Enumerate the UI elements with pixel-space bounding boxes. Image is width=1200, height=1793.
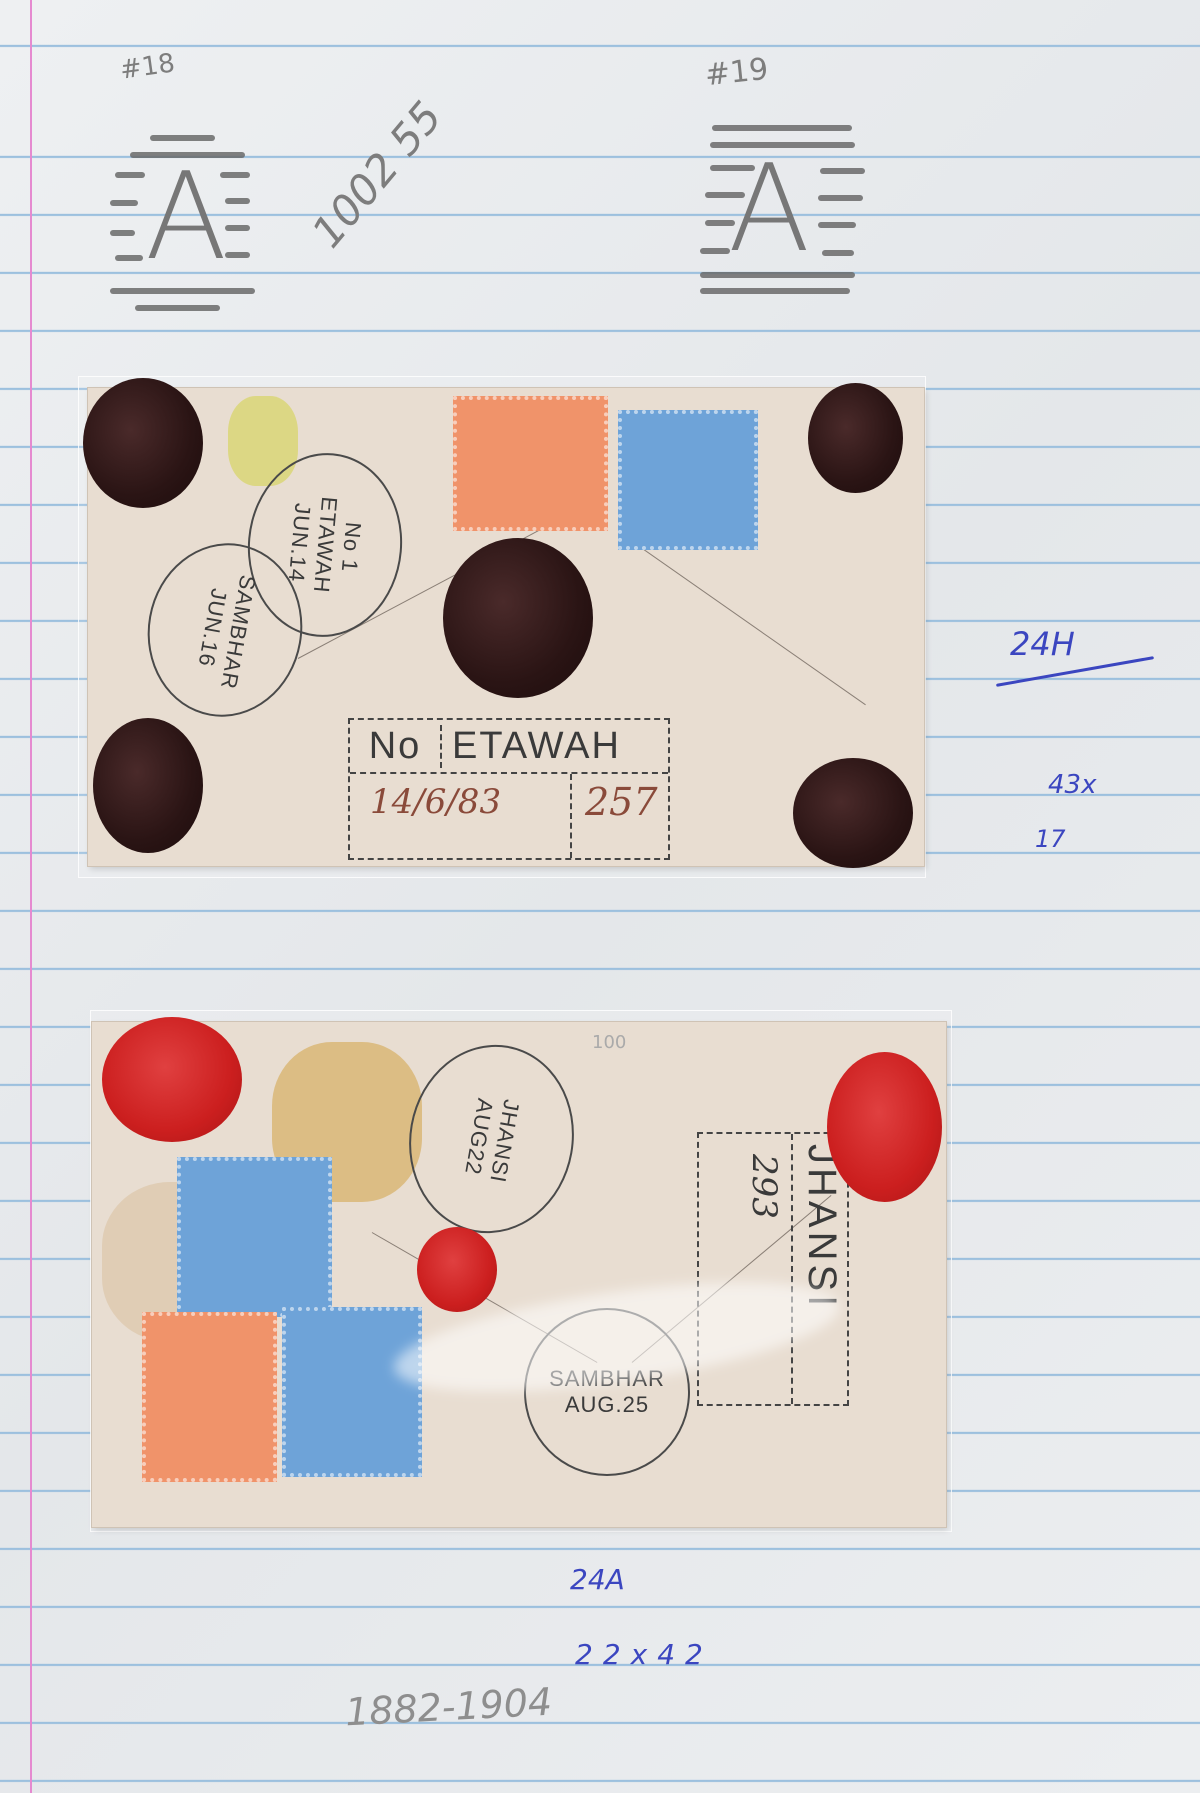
sketch-19-letter: A bbox=[728, 140, 810, 279]
wax-seal-red bbox=[827, 1052, 942, 1202]
envelope-flap-line bbox=[628, 538, 866, 705]
wax-seal-red bbox=[417, 1227, 497, 1312]
stamp-orange bbox=[142, 1312, 277, 1482]
postmark-jhansi: JHANSI AUG22 bbox=[394, 1032, 588, 1247]
annotation-size-line1: 43x bbox=[1048, 770, 1096, 800]
margin-line bbox=[30, 0, 32, 1793]
stamp-blue bbox=[177, 1157, 332, 1317]
stamp-blue bbox=[282, 1307, 422, 1477]
sketch-19-label: #19 bbox=[703, 52, 770, 93]
annotation-size-line2: 17 bbox=[1035, 825, 1066, 853]
stamp-blue bbox=[618, 410, 758, 550]
sketch-19-cancel: A bbox=[700, 120, 860, 295]
registration-label-jhansi: JHANSI 293 bbox=[697, 1132, 849, 1406]
wax-seal bbox=[443, 538, 593, 698]
annotation-size: 22x42 bbox=[575, 1638, 713, 1671]
cover-1: No 1 ETAWAH JUN.14 SAMBHAR JUN.16 No ETA… bbox=[88, 388, 924, 866]
wax-seal bbox=[793, 758, 913, 868]
sketch-18-cancel: A bbox=[110, 130, 270, 310]
stamp-orange bbox=[453, 396, 608, 531]
wax-seal-red bbox=[102, 1017, 242, 1142]
wax-seal bbox=[93, 718, 203, 853]
pencil-corner-note: 100 bbox=[592, 1032, 626, 1053]
sketch-18-letter: A bbox=[145, 148, 227, 287]
registration-label-etawah: No ETAWAH 14/6/83 257 bbox=[348, 718, 670, 860]
annotation-code-24h: 24H bbox=[1010, 625, 1075, 663]
wax-seal bbox=[83, 378, 203, 508]
annotation-code-24a: 24A bbox=[570, 1563, 625, 1596]
cover-2: JHANSI AUG22 SAMBHAR AUG.25 JHANSI 293 1… bbox=[92, 1022, 946, 1527]
wax-seal bbox=[808, 383, 903, 493]
